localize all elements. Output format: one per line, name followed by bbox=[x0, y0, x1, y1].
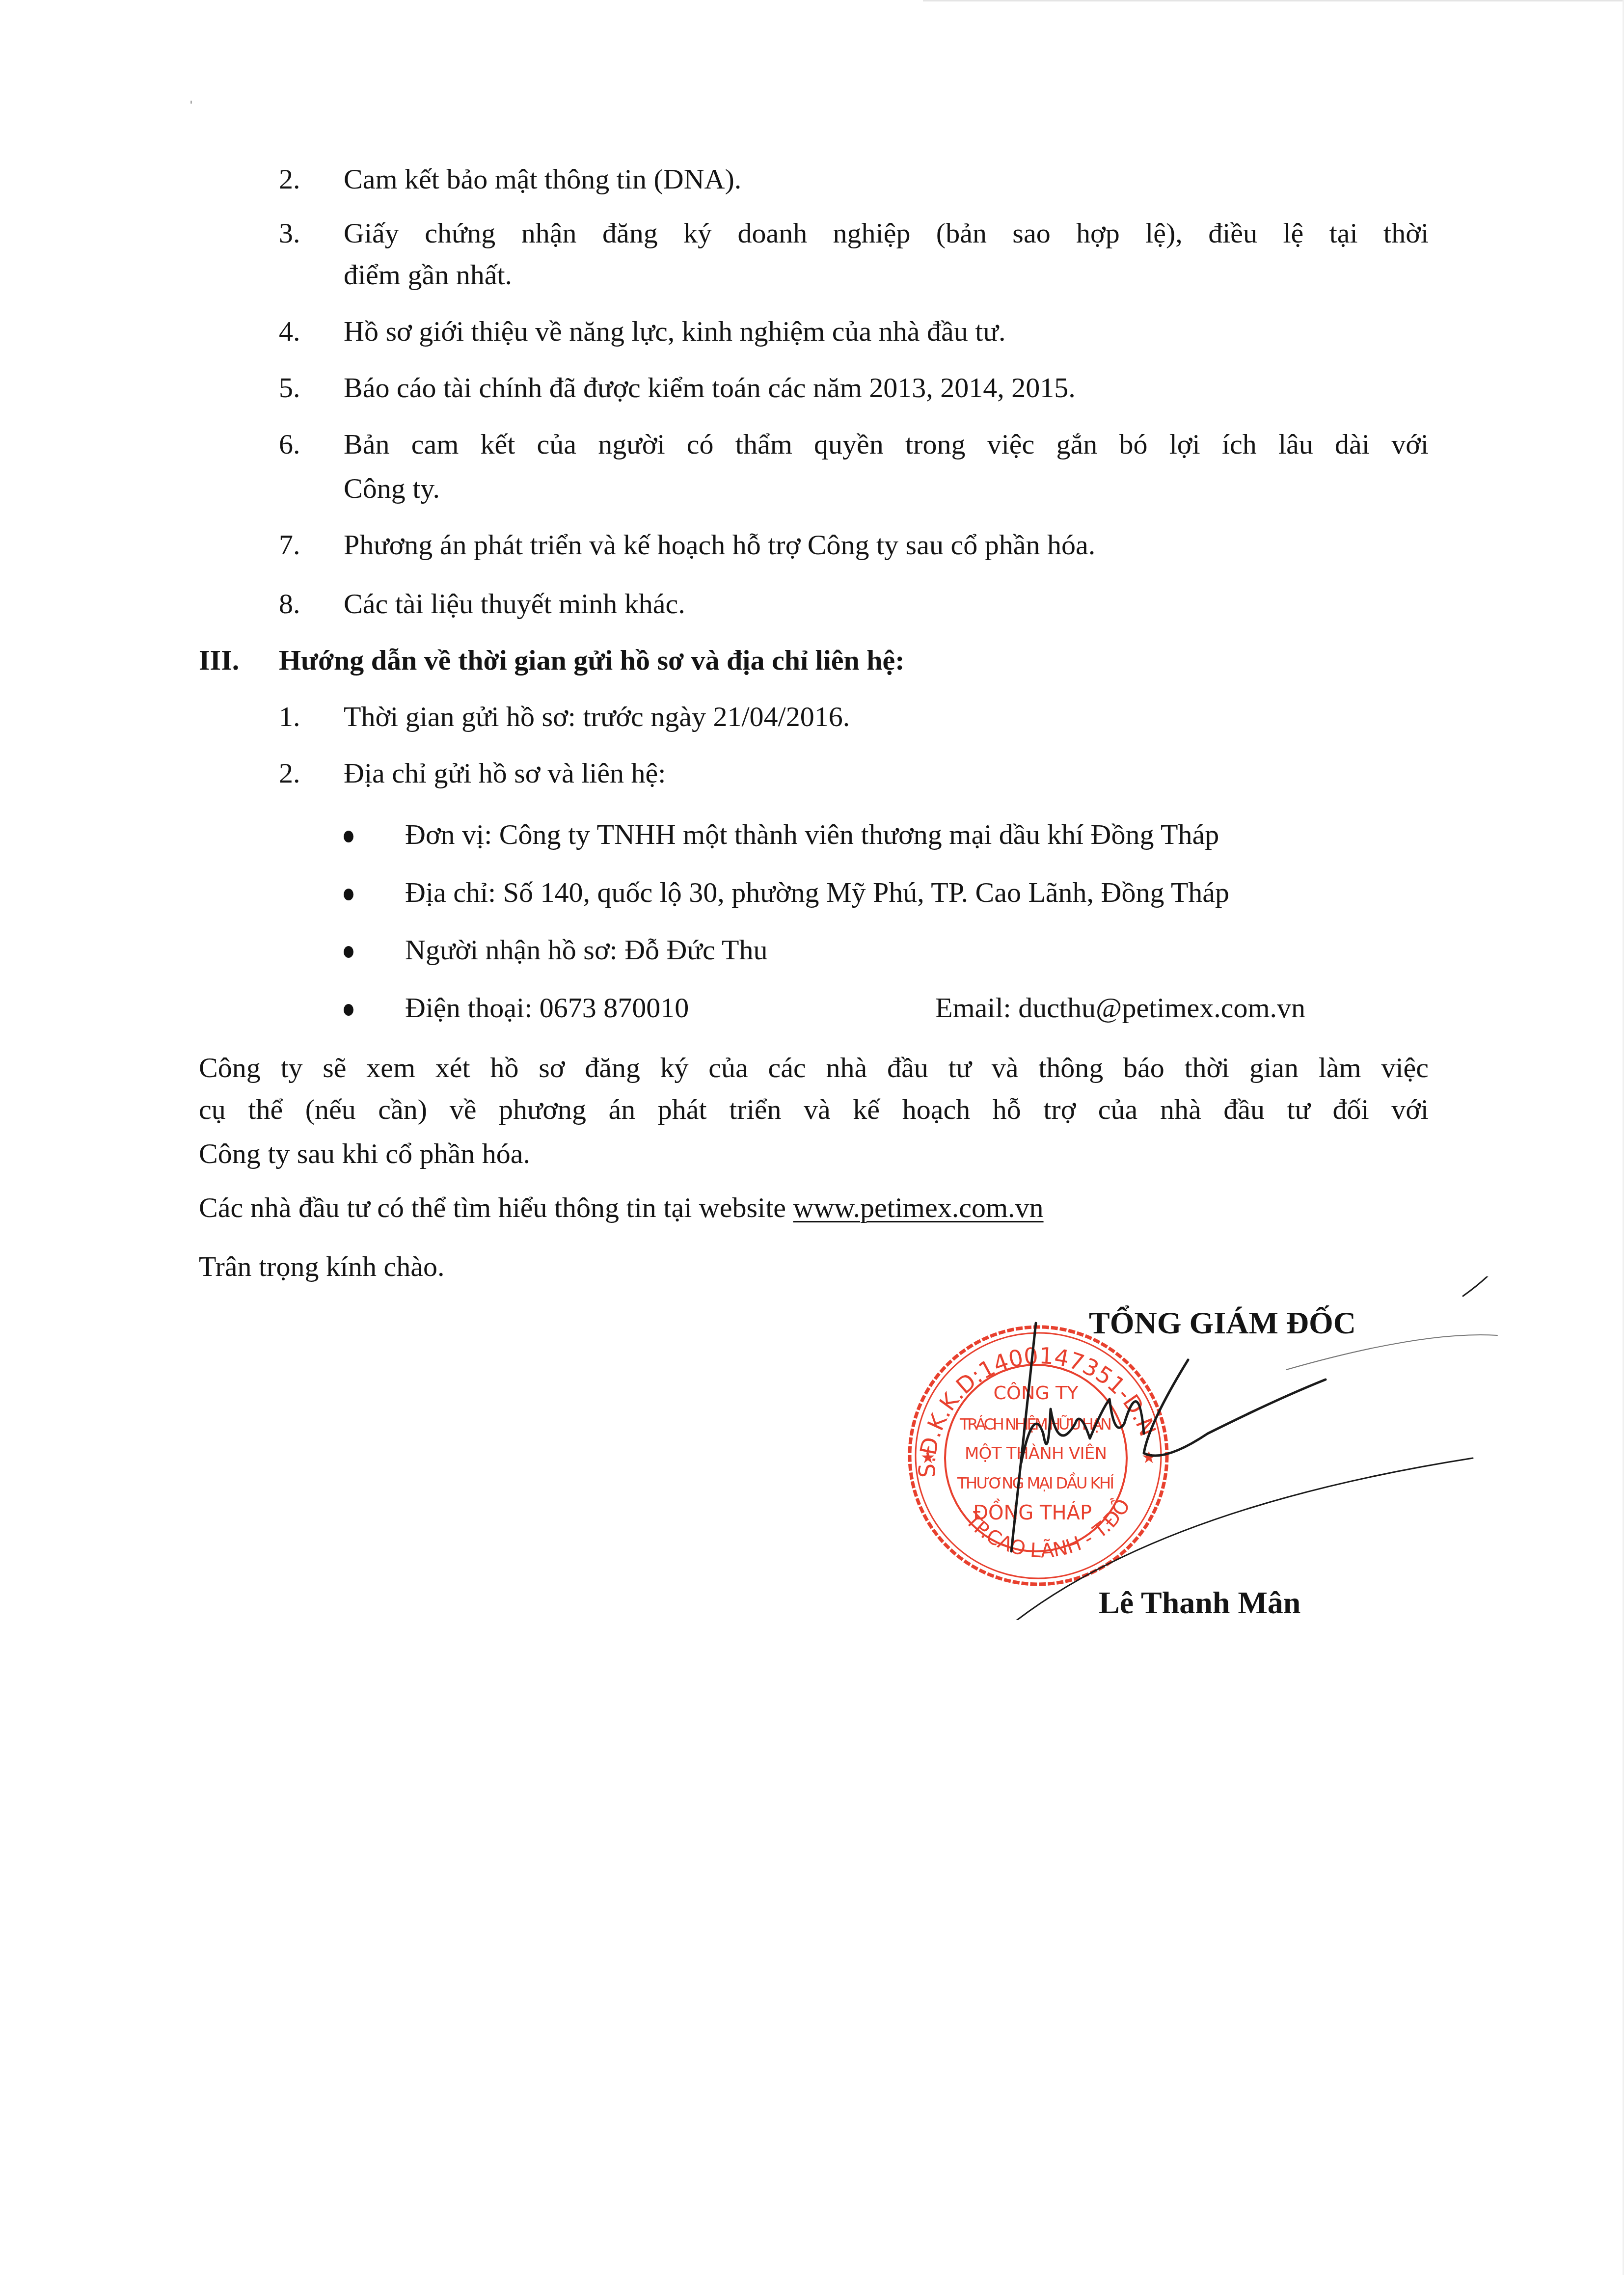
list-text: Cam kết bảo mật thông tin (DNA). bbox=[344, 162, 741, 196]
closing-paragraph-line: Công ty sẽ xem xét hồ sơ đăng ký của các… bbox=[199, 1051, 1429, 1085]
list-text: Giấy chứng nhận đăng ký doanh nghiệp (bả… bbox=[344, 216, 1429, 250]
bullet-icon bbox=[344, 1004, 353, 1016]
bullet-icon bbox=[344, 889, 353, 900]
list-number: 5. bbox=[279, 371, 300, 405]
website-prefix: Các nhà đầu tư có thể tìm hiểu thông tin… bbox=[199, 1192, 793, 1223]
contact-heading: Địa chỉ gửi hồ sơ và liên hệ: bbox=[344, 756, 666, 790]
list-number: 6. bbox=[279, 427, 300, 461]
list-number: 3. bbox=[279, 216, 300, 250]
section-heading: Hướng dẫn về thời gian gửi hồ sơ và địa … bbox=[279, 643, 905, 677]
list-text: Các tài liệu thuyết minh khác. bbox=[344, 587, 685, 621]
list-text: Báo cáo tài chính đã được kiểm toán các … bbox=[344, 371, 1076, 405]
bullet-icon bbox=[344, 831, 353, 842]
list-text: Bản cam kết của người có thẩm quyền tron… bbox=[344, 427, 1429, 461]
contact-recipient: Người nhận hồ sơ: Đỗ Đức Thu bbox=[405, 933, 768, 967]
closing-paragraph-line: cụ thể (nếu cần) về phương án phát triển… bbox=[199, 1092, 1429, 1127]
list-text-cont: điểm gần nhất. bbox=[344, 258, 512, 292]
bullet-icon bbox=[344, 946, 353, 958]
submission-deadline: Thời gian gửi hồ sơ: trước ngày 21/04/20… bbox=[344, 700, 850, 734]
contact-address: Địa chỉ: Số 140, quốc lộ 30, phường Mỹ P… bbox=[405, 875, 1229, 910]
scan-speck bbox=[190, 101, 192, 104]
list-number: 7. bbox=[279, 528, 300, 562]
list-number: 1. bbox=[279, 700, 300, 734]
website-link[interactable]: www.petimex.com.vn bbox=[793, 1192, 1044, 1223]
list-text: Hồ sơ giới thiệu về năng lực, kinh nghiệ… bbox=[344, 314, 1005, 349]
contact-email[interactable]: Email: ducthu@petimex.com.vn bbox=[935, 991, 1305, 1025]
list-number: 4. bbox=[279, 314, 300, 349]
list-text-cont: Công ty. bbox=[344, 471, 440, 506]
closing-paragraph-line: Công ty sau khi cổ phần hóa. bbox=[199, 1137, 530, 1171]
signatory-name: Lê Thanh Mân bbox=[1099, 1583, 1300, 1623]
section-numeral: III. bbox=[199, 643, 239, 677]
scan-edge bbox=[923, 0, 1624, 1]
list-text: Phương án phát triển và kế hoạch hỗ trợ … bbox=[344, 528, 1095, 562]
document-page: 2. Cam kết bảo mật thông tin (DNA). 3. G… bbox=[0, 0, 1624, 2275]
list-number: 2. bbox=[279, 756, 300, 790]
contact-unit: Đơn vị: Công ty TNHH một thành viên thươ… bbox=[405, 817, 1219, 852]
website-sentence: Các nhà đầu tư có thể tìm hiểu thông tin… bbox=[199, 1191, 1044, 1225]
handwritten-signature-icon bbox=[933, 1276, 1522, 1620]
regards: Trân trọng kính chào. bbox=[199, 1249, 444, 1284]
list-number: 2. bbox=[279, 162, 300, 196]
list-number: 8. bbox=[279, 587, 300, 621]
contact-phone: Điện thoại: 0673 870010 bbox=[405, 991, 689, 1025]
